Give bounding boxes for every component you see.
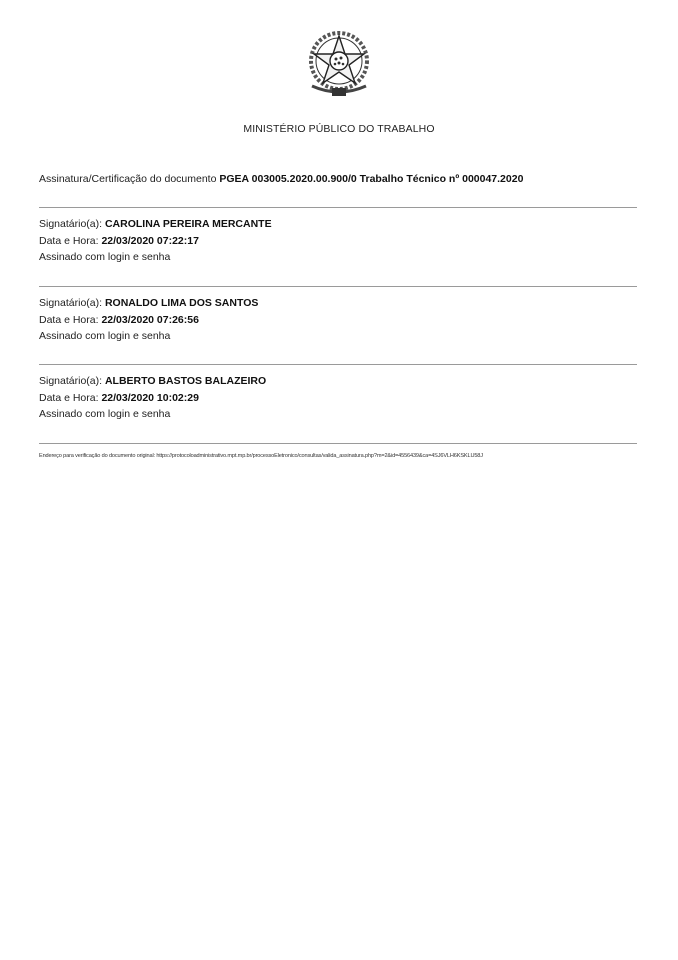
signature-datetime: 22/03/2020 07:22:17 — [101, 235, 199, 247]
signature-method: Assinado com login e senha — [39, 406, 266, 423]
datetime-label: Data e Hora: — [39, 314, 99, 326]
signature-method: Assinado com login e senha — [39, 328, 258, 345]
signature-method: Assinado com login e senha — [39, 249, 272, 266]
signature-datetime: 22/03/2020 07:26:56 — [101, 314, 199, 326]
divider — [39, 207, 637, 208]
verification-footer: Endereço para verificação do documento o… — [39, 453, 483, 459]
document-identifier: PGEA 003005.2020.00.900/0 Trabalho Técni… — [219, 173, 523, 185]
signatory-name: ALBERTO BASTOS BALAZEIRO — [105, 375, 266, 387]
signature-datetime: 22/03/2020 10:02:29 — [101, 392, 199, 404]
signatory-name: RONALDO LIMA DOS SANTOS — [105, 297, 258, 309]
divider — [39, 364, 637, 365]
divider — [39, 286, 637, 287]
signatory-label: Signatário(a): — [39, 375, 102, 387]
document-prefix: Assinatura/Certificação do documento — [39, 173, 216, 185]
signatory-block: Signatário(a): CAROLINA PEREIRA MERCANTE… — [39, 216, 272, 266]
signatory-block: Signatário(a): RONALDO LIMA DOS SANTOS D… — [39, 295, 258, 345]
document-certification-line: Assinatura/Certificação do documento PGE… — [39, 173, 523, 185]
coat-of-arms-icon — [304, 28, 374, 100]
signatory-label: Signatário(a): — [39, 297, 102, 309]
institution-name: MINISTÉRIO PÚBLICO DO TRABALHO — [0, 123, 678, 135]
signatory-label: Signatário(a): — [39, 218, 102, 230]
signatory-block: Signatário(a): ALBERTO BASTOS BALAZEIRO … — [39, 373, 266, 423]
signatory-name: CAROLINA PEREIRA MERCANTE — [105, 218, 272, 230]
datetime-label: Data e Hora: — [39, 235, 99, 247]
verification-url[interactable]: https://protocoloadministrativo.mpt.mp.b… — [156, 453, 483, 459]
divider — [39, 443, 637, 444]
datetime-label: Data e Hora: — [39, 392, 99, 404]
verification-label: Endereço para verificação do documento o… — [39, 453, 155, 459]
